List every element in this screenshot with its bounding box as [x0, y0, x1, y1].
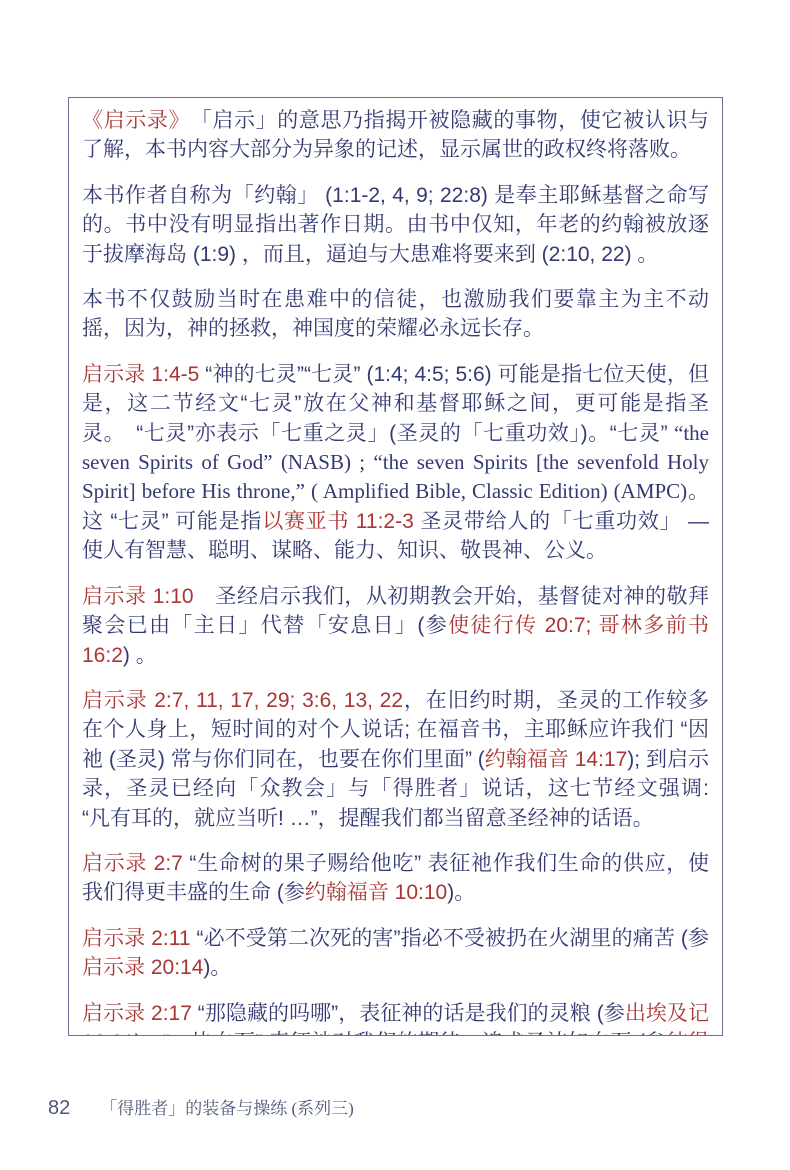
body-text-run: )。 — [447, 881, 475, 904]
body-text-run: )。 — [203, 956, 231, 979]
paragraph-rev-1-10: 启示录 1:10 圣经启示我们，从初期教会开始，基督徒对神的敬拜聚会已由「主日」… — [82, 582, 709, 670]
scripture-reference-text: 约翰福音 14:17 — [485, 748, 627, 771]
scripture-reference-text: 启示录 2:7 — [82, 852, 183, 875]
body-text-run: ) 。 — [123, 644, 157, 667]
bordered-text-panel: 《启示录》 「启示」的意思乃指揭开被隐藏的事物，使它被认识与了解，本书内容大部分… — [68, 97, 723, 1036]
footer-book-title: 「得胜者」的装备与操练 (系列三) — [100, 1094, 354, 1119]
scripture-reference-text: 以赛亚书 11:2-3 — [262, 510, 414, 533]
scripture-reference-text: 《启示录》 — [82, 109, 180, 132]
paragraph-rev-1-4-5: 启示录 1:4-5 “神的七灵”“七灵” (1:4; 4:5; 5:6) 可能是… — [82, 360, 709, 566]
body-text-run: 本书不仅鼓励当时在患难中的信徒，也激励我们要靠主为主不动摇，因为，神的拯救，神国… — [82, 288, 709, 340]
paragraph-encouragement: 本书不仅鼓励当时在患难中的信徒，也激励我们要靠主为主不动摇，因为，神的拯救，神国… — [82, 285, 709, 344]
paragraph-rev-2-7-series: 启示录 2:7, 11, 17, 29; 3:6, 13, 22，在旧约时期，圣… — [82, 686, 709, 833]
frame-corner-ornament-bottom-right — [707, 1020, 723, 1036]
paragraph-intro: 《启示录》 「启示」的意思乃指揭开被隐藏的事物，使它被认识与了解，本书内容大部分… — [82, 106, 709, 165]
body-text-run: “必不受第二次死的害”指必不受被扔在火湖里的痛苦 (参 — [191, 927, 709, 950]
page-number: 82 — [48, 1097, 70, 1120]
paragraph-rev-2-11: 启示录 2:11 “必不受第二次死的害”指必不受被扔在火湖里的痛苦 (参启示录 … — [82, 924, 709, 983]
body-text-run: 本书作者自称为「约翰」 (1:1-2, 4, 9; 22:8) 是奉主耶稣基督之… — [82, 184, 709, 266]
scripture-reference-text: 启示录 2:11 — [82, 927, 191, 950]
body-text-run: )；“一块白石” 表征祂对我们的期待，追求圣洁如白石 (参 — [135, 1031, 667, 1036]
page-text-content: 《启示录》 「启示」的意思乃指揭开被隐藏的事物，使它被认识与了解，本书内容大部分… — [82, 106, 709, 1036]
paragraph-author: 本书作者自称为「约翰」 (1:1-2, 4, 9; 22:8) 是奉主耶稣基督之… — [82, 181, 709, 269]
frame-corner-ornament-top-right — [707, 97, 723, 113]
scripture-reference-text: 启示录 1:10 — [82, 585, 194, 608]
paragraph-rev-2-7: 启示录 2:7 “生命树的果子赐给他吃” 表征祂作我们生命的供应，使我们得更丰盛… — [82, 849, 709, 908]
scripture-reference-text: 启示录 1:4-5 — [82, 363, 199, 386]
scripture-reference-text: 启示录 2:17 — [82, 1002, 192, 1025]
scripture-reference-text: 约翰福音 10:10 — [305, 881, 447, 904]
scripture-reference-text: 启示录 2:7, 11, 17, 29; 3:6, 13, 22 — [82, 689, 403, 712]
paragraph-rev-2-17: 启示录 2:17 “那隐藏的吗哪”，表征神的话是我们的灵粮 (参出埃及记 16:… — [82, 999, 709, 1036]
body-text-run: “那隐藏的吗哪”，表征神的话是我们的灵粮 (参 — [192, 1002, 625, 1025]
scripture-reference-text: 启示录 20:14 — [82, 956, 203, 979]
page-footer: 82 「得胜者」的装备与操练 (系列三) — [48, 1094, 354, 1120]
